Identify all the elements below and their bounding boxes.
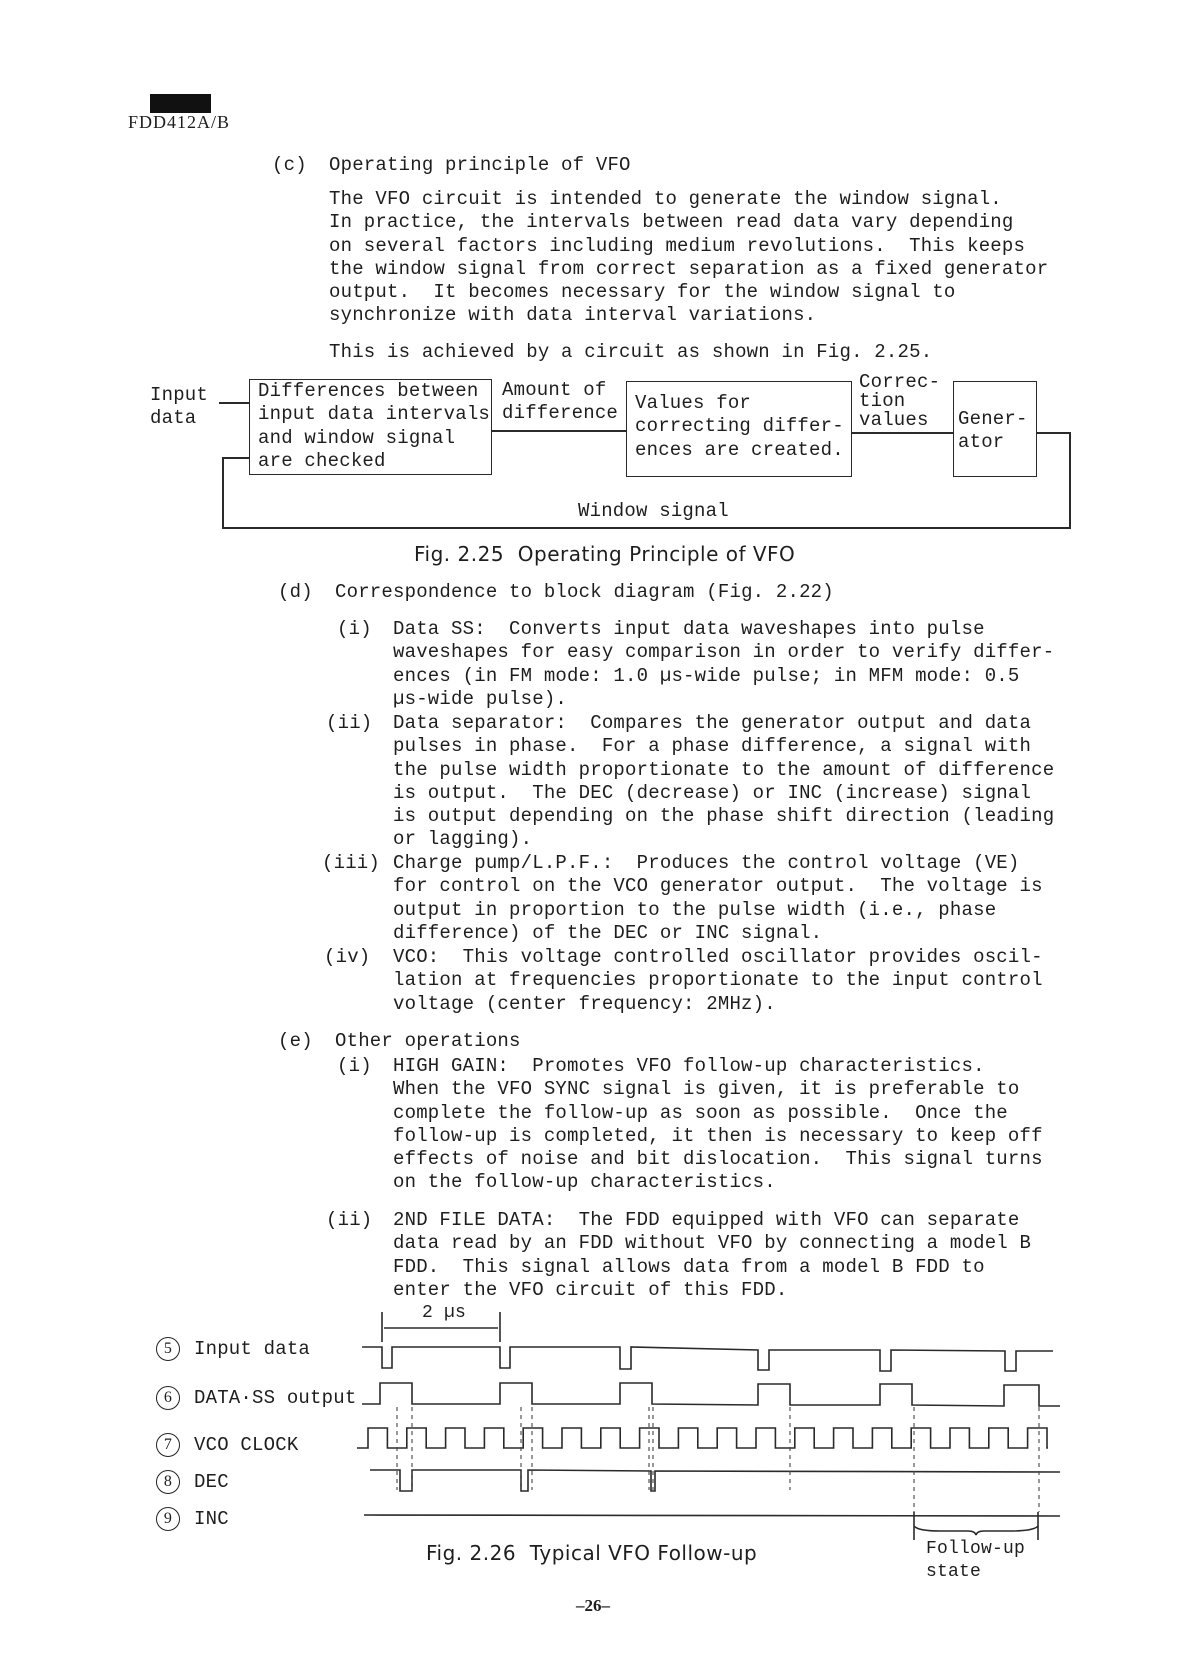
- waveforms: [0, 0, 1179, 1672]
- follow-up-label: Follow-up: [926, 1538, 1025, 1561]
- follow-up-label: state: [926, 1561, 981, 1584]
- page-number: –26–: [576, 1596, 610, 1616]
- figure-2-26-caption: Fig. 2.26 Typical VFO Follow-up: [426, 1541, 757, 1565]
